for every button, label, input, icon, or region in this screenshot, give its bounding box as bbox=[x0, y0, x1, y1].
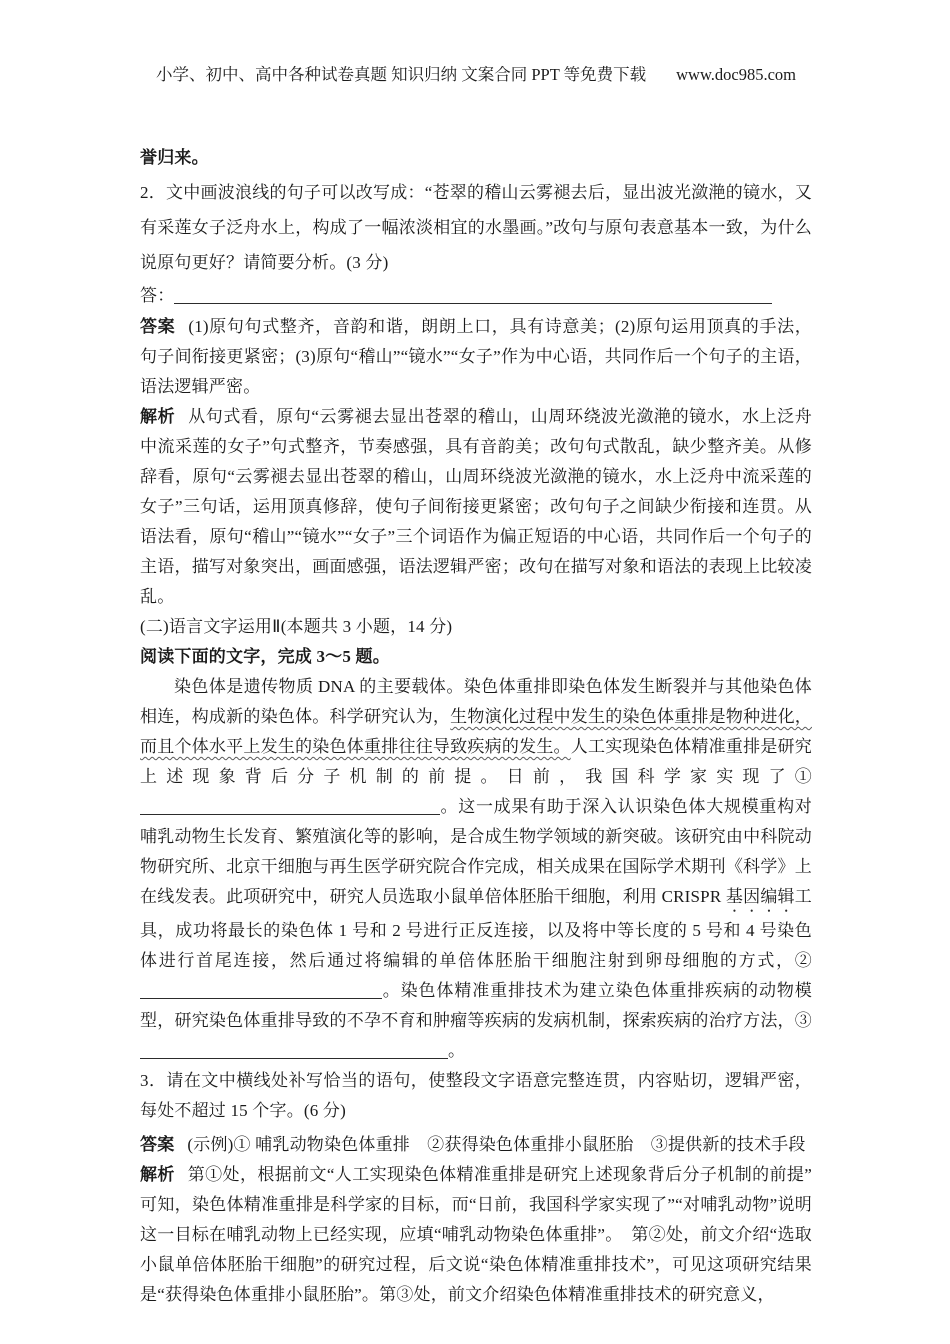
analysis-label: 解析 bbox=[140, 407, 175, 426]
question-3-analysis-text: 第①处，根据前文“人工实现染色体精准重排是研究上述现象背后分子机制的前提”可知，… bbox=[140, 1165, 812, 1304]
answer-prompt-line: 答： bbox=[140, 280, 812, 312]
question-2-analysis: 解析从句式看，原句“云雾褪去显出苍翠的稽山，山周环绕波光潋滟的镜水，水上泛舟中流… bbox=[140, 402, 812, 612]
question-2: 2．文中画波浪线的句子可以改写成：“苍翠的稽山云雾褪去后，显出波光潋滟的镜水，又… bbox=[140, 175, 812, 280]
question-3-answer: 答案(示例)① 哺乳动物染色体重排 ②获得染色体重排小鼠胚胎 ③提供新的技术手段 bbox=[140, 1130, 812, 1160]
fill-in-blank-3[interactable] bbox=[140, 1042, 448, 1059]
passage-after-blank-3: 。 bbox=[448, 1041, 465, 1060]
question-2-answer-text: (1)原句句式整齐，音韵和谐，朗朗上口，具有诗意美；(2)原句运用顶真的手法，句… bbox=[140, 317, 812, 396]
question-2-answer: 答案(1)原句句式整齐，音韵和谐，朗朗上口，具有诗意美；(2)原句运用顶真的手法… bbox=[140, 312, 812, 402]
section-2-heading-text: (二)语言文字运用Ⅱ(本题共 3 小题，14 分) bbox=[140, 617, 452, 636]
previous-answer-tail: 誉归来。 bbox=[140, 140, 812, 175]
fill-in-blank-1[interactable] bbox=[140, 798, 440, 815]
passage-after-blank-2: 。 bbox=[382, 981, 401, 1000]
document-page: 小学、初中、高中各种试卷真题 知识归纳 文案合同 PPT 等免费下载www.do… bbox=[0, 0, 950, 1344]
answer-blank-line[interactable] bbox=[174, 287, 772, 304]
reading-instruction: 阅读下面的文字，完成 3～5 题。 bbox=[140, 642, 812, 672]
question-3-answer-text: (示例)① 哺乳动物染色体重排 ②获得染色体重排小鼠胚胎 ③提供新的技术手段 bbox=[187, 1135, 805, 1154]
section-2-heading: (二)语言文字运用Ⅱ(本题共 3 小题，14 分) bbox=[140, 612, 812, 642]
reading-passage: 染色体是遗传物质 DNA 的主要载体。染色体重排即染色体发生断裂并与其他染色体相… bbox=[140, 672, 812, 1066]
passage-emphasized-term: 基因编辑 bbox=[726, 887, 795, 906]
question-3: 3．请在文中横线处补写恰当的语句，使整段文字语意完整连贯，内容贴切，逻辑严密，每… bbox=[140, 1066, 812, 1126]
analysis-label: 解析 bbox=[140, 1165, 175, 1184]
passage-after-blank-1: 。 bbox=[440, 797, 458, 816]
header-site-url: www.doc985.com bbox=[676, 65, 796, 84]
fill-in-blank-2[interactable] bbox=[140, 982, 382, 999]
document-body: 誉归来。 2．文中画波浪线的句子可以改写成：“苍翠的稽山云雾褪去后，显出波光潋滟… bbox=[140, 140, 812, 1310]
reading-instruction-text: 阅读下面的文字，完成 3～5 题。 bbox=[140, 647, 390, 666]
question-3-text: 3．请在文中横线处补写恰当的语句，使整段文字语意完整连贯，内容贴切，逻辑严密，每… bbox=[140, 1071, 812, 1120]
answer-label: 答案 bbox=[140, 317, 175, 336]
previous-answer-tail-text: 誉归来。 bbox=[140, 148, 209, 167]
page-header: 小学、初中、高中各种试卷真题 知识归纳 文案合同 PPT 等免费下载www.do… bbox=[120, 64, 832, 86]
header-catalog-text: 小学、初中、高中各种试卷真题 知识归纳 文案合同 PPT 等免费下载 bbox=[156, 65, 646, 84]
question-2-analysis-text: 从句式看，原句“云雾褪去显出苍翠的稽山，山周环绕波光潋滟的镜水，水上泛舟中流采莲… bbox=[140, 407, 812, 606]
question-2-text: 2．文中画波浪线的句子可以改写成：“苍翠的稽山云雾褪去后，显出波光潋滟的镜水，又… bbox=[140, 183, 812, 272]
answer-label: 答案 bbox=[140, 1135, 174, 1154]
question-3-analysis: 解析第①处，根据前文“人工实现染色体精准重排是研究上述现象背后分子机制的前提”可… bbox=[140, 1160, 812, 1310]
answer-prompt-label: 答： bbox=[140, 286, 174, 305]
